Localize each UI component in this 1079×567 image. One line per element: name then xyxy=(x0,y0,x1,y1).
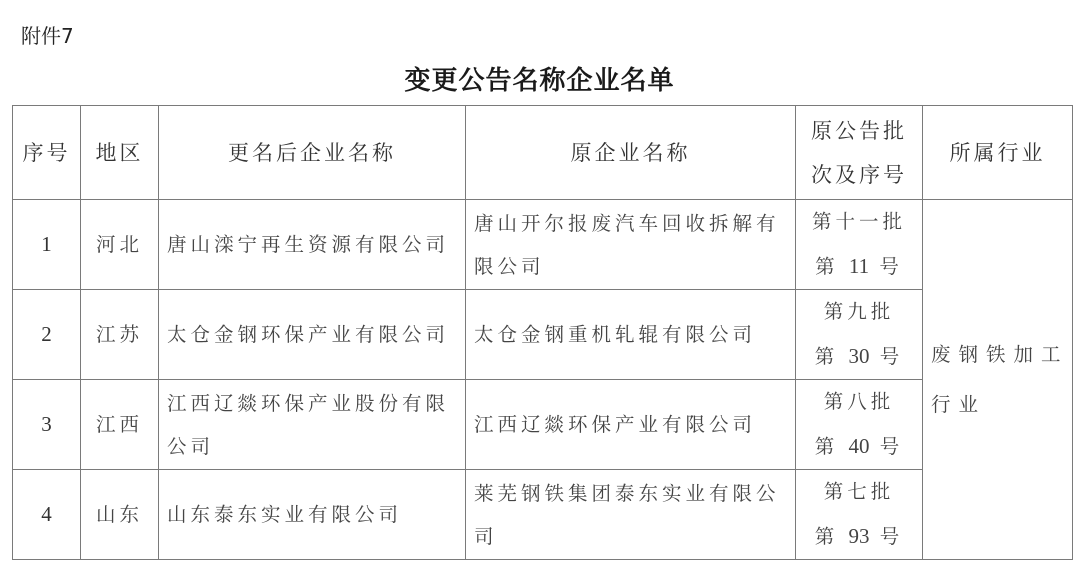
cell-old-name: 唐山开尔报废汽车回收拆解有限公司 xyxy=(466,200,796,290)
seq-prefix: 第 xyxy=(815,255,839,278)
document-title: 变更公告名称企业名单 xyxy=(0,60,1079,97)
batch-name: 第十一批 xyxy=(796,200,922,244)
cell-region: 江苏 xyxy=(81,290,159,380)
cell-batch: 第七批 第 93 号 xyxy=(796,470,923,560)
header-region: 地区 xyxy=(81,106,159,200)
cell-new-name: 唐山滦宁再生资源有限公司 xyxy=(159,200,466,290)
cell-new-name: 山东泰东实业有限公司 xyxy=(159,470,466,560)
seq-number: 40 xyxy=(849,434,870,458)
batch-seq: 第 30 号 xyxy=(796,334,922,379)
seq-suffix: 号 xyxy=(879,255,903,278)
cell-region: 江西 xyxy=(81,380,159,470)
batch-name: 第七批 xyxy=(796,470,922,514)
seq-suffix: 号 xyxy=(880,525,904,548)
cell-index: 1 xyxy=(13,200,81,290)
table-header-row: 序号 地区 更名后企业名称 原企业名称 原公告批 次及序号 所属行业 xyxy=(13,106,1073,200)
cell-batch: 第九批 第 30 号 xyxy=(796,290,923,380)
cell-region: 河北 xyxy=(81,200,159,290)
cell-index: 3 xyxy=(13,380,81,470)
cell-region: 山东 xyxy=(81,470,159,560)
cell-batch: 第十一批 第 11 号 xyxy=(796,200,923,290)
cell-new-name: 太仓金钢环保产业有限公司 xyxy=(159,290,466,380)
table-row: 3 江西 江西辽燚环保产业股份有限公司 江西辽燚环保产业有限公司 第八批 第 4… xyxy=(13,380,1073,470)
seq-suffix: 号 xyxy=(880,345,904,368)
batch-seq: 第 40 号 xyxy=(796,424,922,469)
seq-prefix: 第 xyxy=(815,345,839,368)
seq-prefix: 第 xyxy=(815,525,839,548)
cell-old-name: 江西辽燚环保产业有限公司 xyxy=(466,380,796,470)
company-rename-table: 序号 地区 更名后企业名称 原企业名称 原公告批 次及序号 所属行业 1 河北 … xyxy=(12,105,1073,560)
header-batch-line1: 原公告批 xyxy=(796,109,922,153)
cell-batch: 第八批 第 40 号 xyxy=(796,380,923,470)
batch-name: 第八批 xyxy=(796,380,922,424)
header-batch: 原公告批 次及序号 xyxy=(796,106,923,200)
seq-number: 11 xyxy=(849,254,869,278)
seq-number: 93 xyxy=(849,524,870,548)
table-row: 1 河北 唐山滦宁再生资源有限公司 唐山开尔报废汽车回收拆解有限公司 第十一批 … xyxy=(13,200,1073,290)
cell-old-name: 太仓金钢重机轧辊有限公司 xyxy=(466,290,796,380)
batch-seq: 第 11 号 xyxy=(796,244,922,289)
cell-index: 4 xyxy=(13,470,81,560)
seq-suffix: 号 xyxy=(880,435,904,458)
batch-seq: 第 93 号 xyxy=(796,514,922,559)
table-row: 2 江苏 太仓金钢环保产业有限公司 太仓金钢重机轧辊有限公司 第九批 第 30 … xyxy=(13,290,1073,380)
header-batch-line2: 次及序号 xyxy=(796,153,922,197)
table-row: 4 山东 山东泰东实业有限公司 莱芜钢铁集团泰东实业有限公司 第七批 第 93 … xyxy=(13,470,1073,560)
seq-number: 30 xyxy=(849,344,870,368)
cell-old-name: 莱芜钢铁集团泰东实业有限公司 xyxy=(466,470,796,560)
header-old-name: 原企业名称 xyxy=(466,106,796,200)
header-new-name: 更名后企业名称 xyxy=(159,106,466,200)
seq-prefix: 第 xyxy=(815,435,839,458)
batch-name: 第九批 xyxy=(796,290,922,334)
header-index: 序号 xyxy=(13,106,81,200)
cell-index: 2 xyxy=(13,290,81,380)
header-industry: 所属行业 xyxy=(923,106,1073,200)
attachment-label: 附件7 xyxy=(21,20,74,49)
cell-industry: 废钢铁加工行业 xyxy=(923,200,1073,560)
cell-new-name: 江西辽燚环保产业股份有限公司 xyxy=(159,380,466,470)
